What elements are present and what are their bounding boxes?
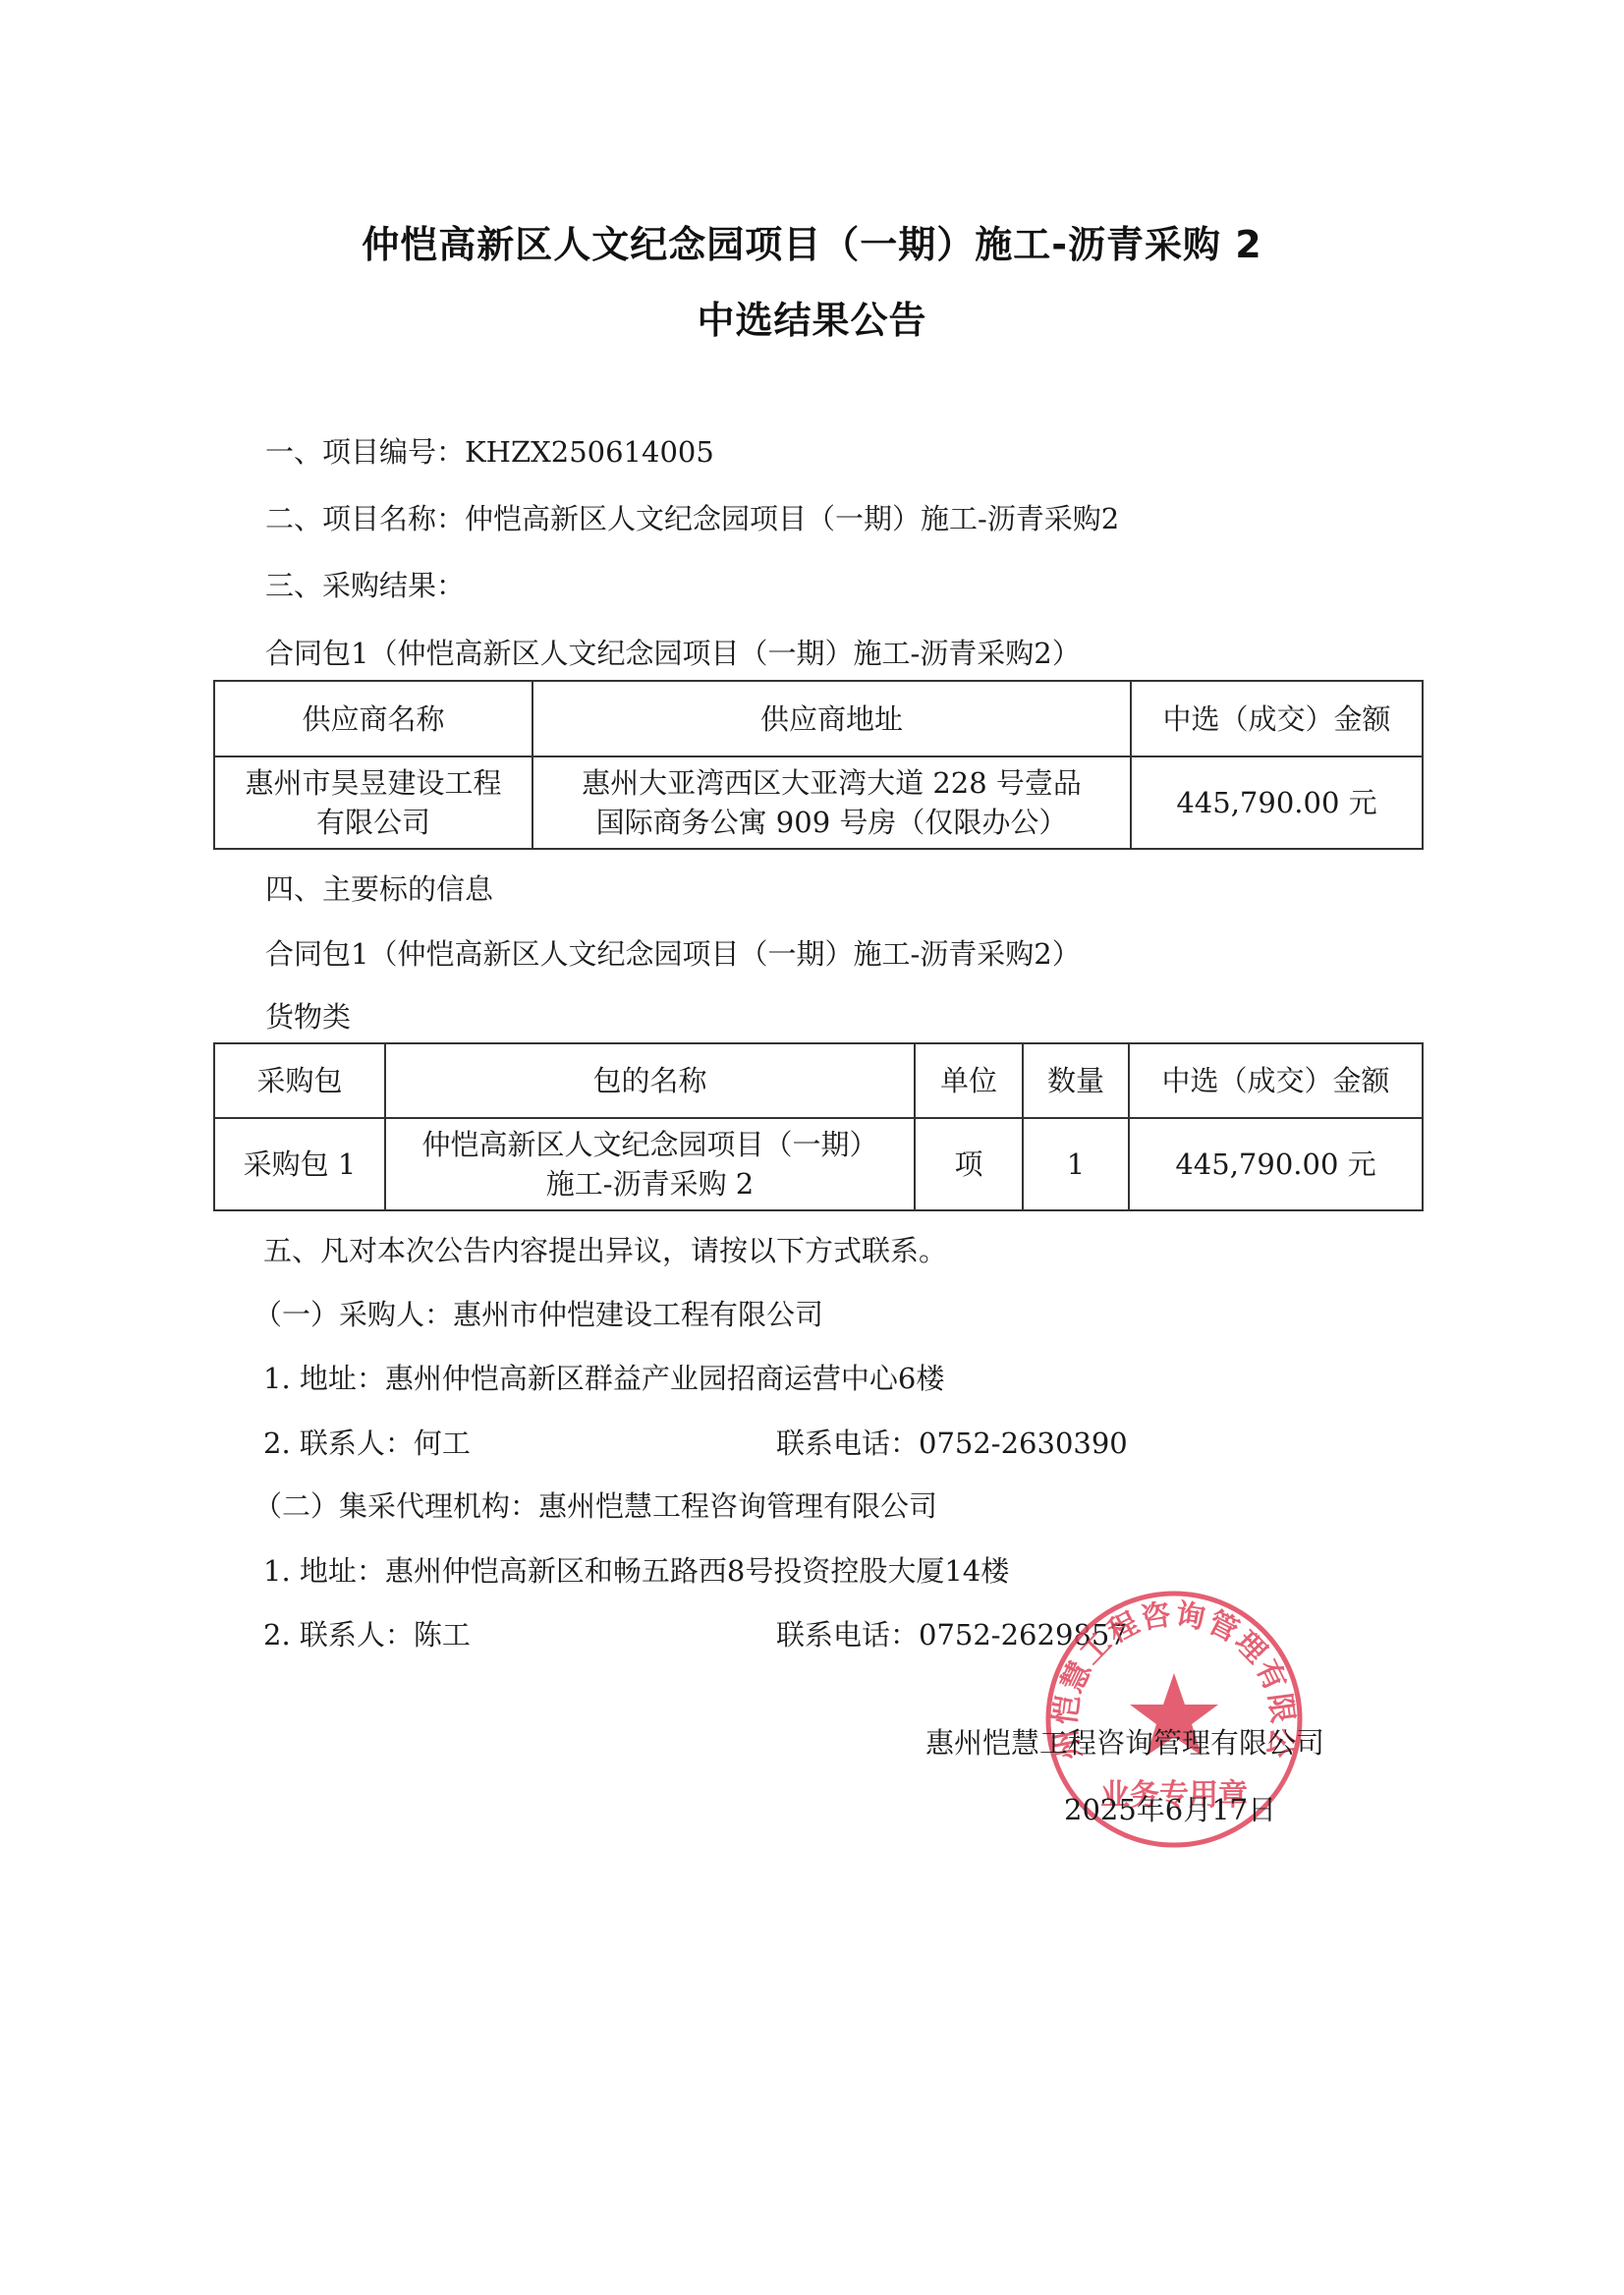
header-unit: 单位 bbox=[915, 1043, 1023, 1118]
unit-cell: 项 bbox=[915, 1118, 1023, 1210]
document-page: 仲恺高新区人文纪念园项目（一期）施工-沥青采购 2 中选结果公告 一、项目编号：… bbox=[0, 0, 1624, 2295]
package-name-cell: 仲恺高新区人文纪念园项目（一期） 施工-沥青采购 2 bbox=[385, 1118, 915, 1210]
supplier-table: 供应商名称 供应商地址 中选（成交）金额 惠州市昊昱建设工程 有限公司 惠州大亚… bbox=[213, 680, 1424, 850]
contract-package-label-2: 合同包1（仲恺高新区人文纪念园项目（一期）施工-沥青采购2） bbox=[265, 934, 1081, 974]
project-number: 一、项目编号：KHZX250614005 bbox=[265, 432, 714, 472]
agency-contact-person: 2. 联系人：陈工 bbox=[263, 1615, 471, 1654]
supplier-amount-cell: 445,790.00 元 bbox=[1131, 756, 1423, 849]
contract-package-label: 合同包1（仲恺高新区人文纪念园项目（一期）施工-沥青采购2） bbox=[265, 634, 1081, 673]
agency-contact-phone: 联系电话：0752-2629857 bbox=[776, 1615, 1128, 1654]
purchaser-address: 1. 地址：惠州仲恺高新区群益产业园招商运营中心6楼 bbox=[263, 1359, 944, 1398]
header-package-name: 包的名称 bbox=[385, 1043, 915, 1118]
supplier-address-cell: 惠州大亚湾西区大亚湾大道 228 号壹品 国际商务公寓 909 号房（仅限办公） bbox=[532, 756, 1131, 849]
package-cell: 采购包 1 bbox=[214, 1118, 385, 1210]
table-row: 惠州市昊昱建设工程 有限公司 惠州大亚湾西区大亚湾大道 228 号壹品 国际商务… bbox=[214, 756, 1423, 849]
agency-address: 1. 地址：惠州仲恺高新区和畅五路西8号投资控股大厦14楼 bbox=[263, 1551, 1009, 1591]
purchaser-heading: （一）采购人：惠州市仲恺建设工程有限公司 bbox=[253, 1295, 823, 1334]
goods-category-label: 货物类 bbox=[265, 997, 351, 1036]
signature-company: 惠州恺慧工程咨询管理有限公司 bbox=[925, 1721, 1324, 1762]
header-supplier-address: 供应商地址 bbox=[532, 681, 1131, 756]
package-name-line2: 施工-沥青采购 2 bbox=[392, 1164, 908, 1203]
document-title-line1: 仲恺高新区人文纪念园项目（一期）施工-沥青采购 2 bbox=[0, 214, 1624, 268]
subject-table-header: 采购包 包的名称 单位 数量 中选（成交）金额 bbox=[214, 1043, 1423, 1118]
supplier-name-line2: 有限公司 bbox=[221, 803, 526, 842]
quantity-cell: 1 bbox=[1023, 1118, 1129, 1210]
header-amount: 中选（成交）金额 bbox=[1131, 681, 1423, 756]
purchaser-contact-person: 2. 联系人：何工 bbox=[263, 1424, 471, 1463]
header-quantity: 数量 bbox=[1023, 1043, 1129, 1118]
amount-cell: 445,790.00 元 bbox=[1129, 1118, 1423, 1210]
package-name-line1: 仲恺高新区人文纪念园项目（一期） bbox=[392, 1125, 908, 1164]
subject-table: 采购包 包的名称 单位 数量 中选（成交）金额 采购包 1 仲恺高新区人文纪念园… bbox=[213, 1042, 1424, 1211]
objection-contact-heading: 五、凡对本次公告内容提出异议，请按以下方式联系。 bbox=[263, 1231, 947, 1270]
header-amount: 中选（成交）金额 bbox=[1129, 1043, 1423, 1118]
project-name: 二、项目名称：仲恺高新区人文纪念园项目（一期）施工-沥青采购2 bbox=[265, 499, 1119, 538]
agency-heading: （二）集采代理机构：惠州恺慧工程咨询管理有限公司 bbox=[253, 1486, 937, 1526]
document-title-line2: 中选结果公告 bbox=[0, 290, 1624, 344]
procurement-result-heading: 三、采购结果： bbox=[265, 566, 465, 605]
purchaser-contact-phone: 联系电话：0752-2630390 bbox=[776, 1424, 1128, 1463]
supplier-table-header: 供应商名称 供应商地址 中选（成交）金额 bbox=[214, 681, 1423, 756]
supplier-address-line1: 惠州大亚湾西区大亚湾大道 228 号壹品 bbox=[539, 763, 1124, 803]
supplier-name-cell: 惠州市昊昱建设工程 有限公司 bbox=[214, 756, 532, 849]
table-row: 采购包 1 仲恺高新区人文纪念园项目（一期） 施工-沥青采购 2 项 1 445… bbox=[214, 1118, 1423, 1210]
main-subject-info-heading: 四、主要标的信息 bbox=[265, 869, 493, 909]
supplier-address-line2: 国际商务公寓 909 号房（仅限办公） bbox=[539, 803, 1124, 842]
header-supplier-name: 供应商名称 bbox=[214, 681, 532, 756]
header-package: 采购包 bbox=[214, 1043, 385, 1118]
supplier-name-line1: 惠州市昊昱建设工程 bbox=[221, 763, 526, 803]
signature-date: 2025年6月17日 bbox=[1064, 1788, 1276, 1828]
